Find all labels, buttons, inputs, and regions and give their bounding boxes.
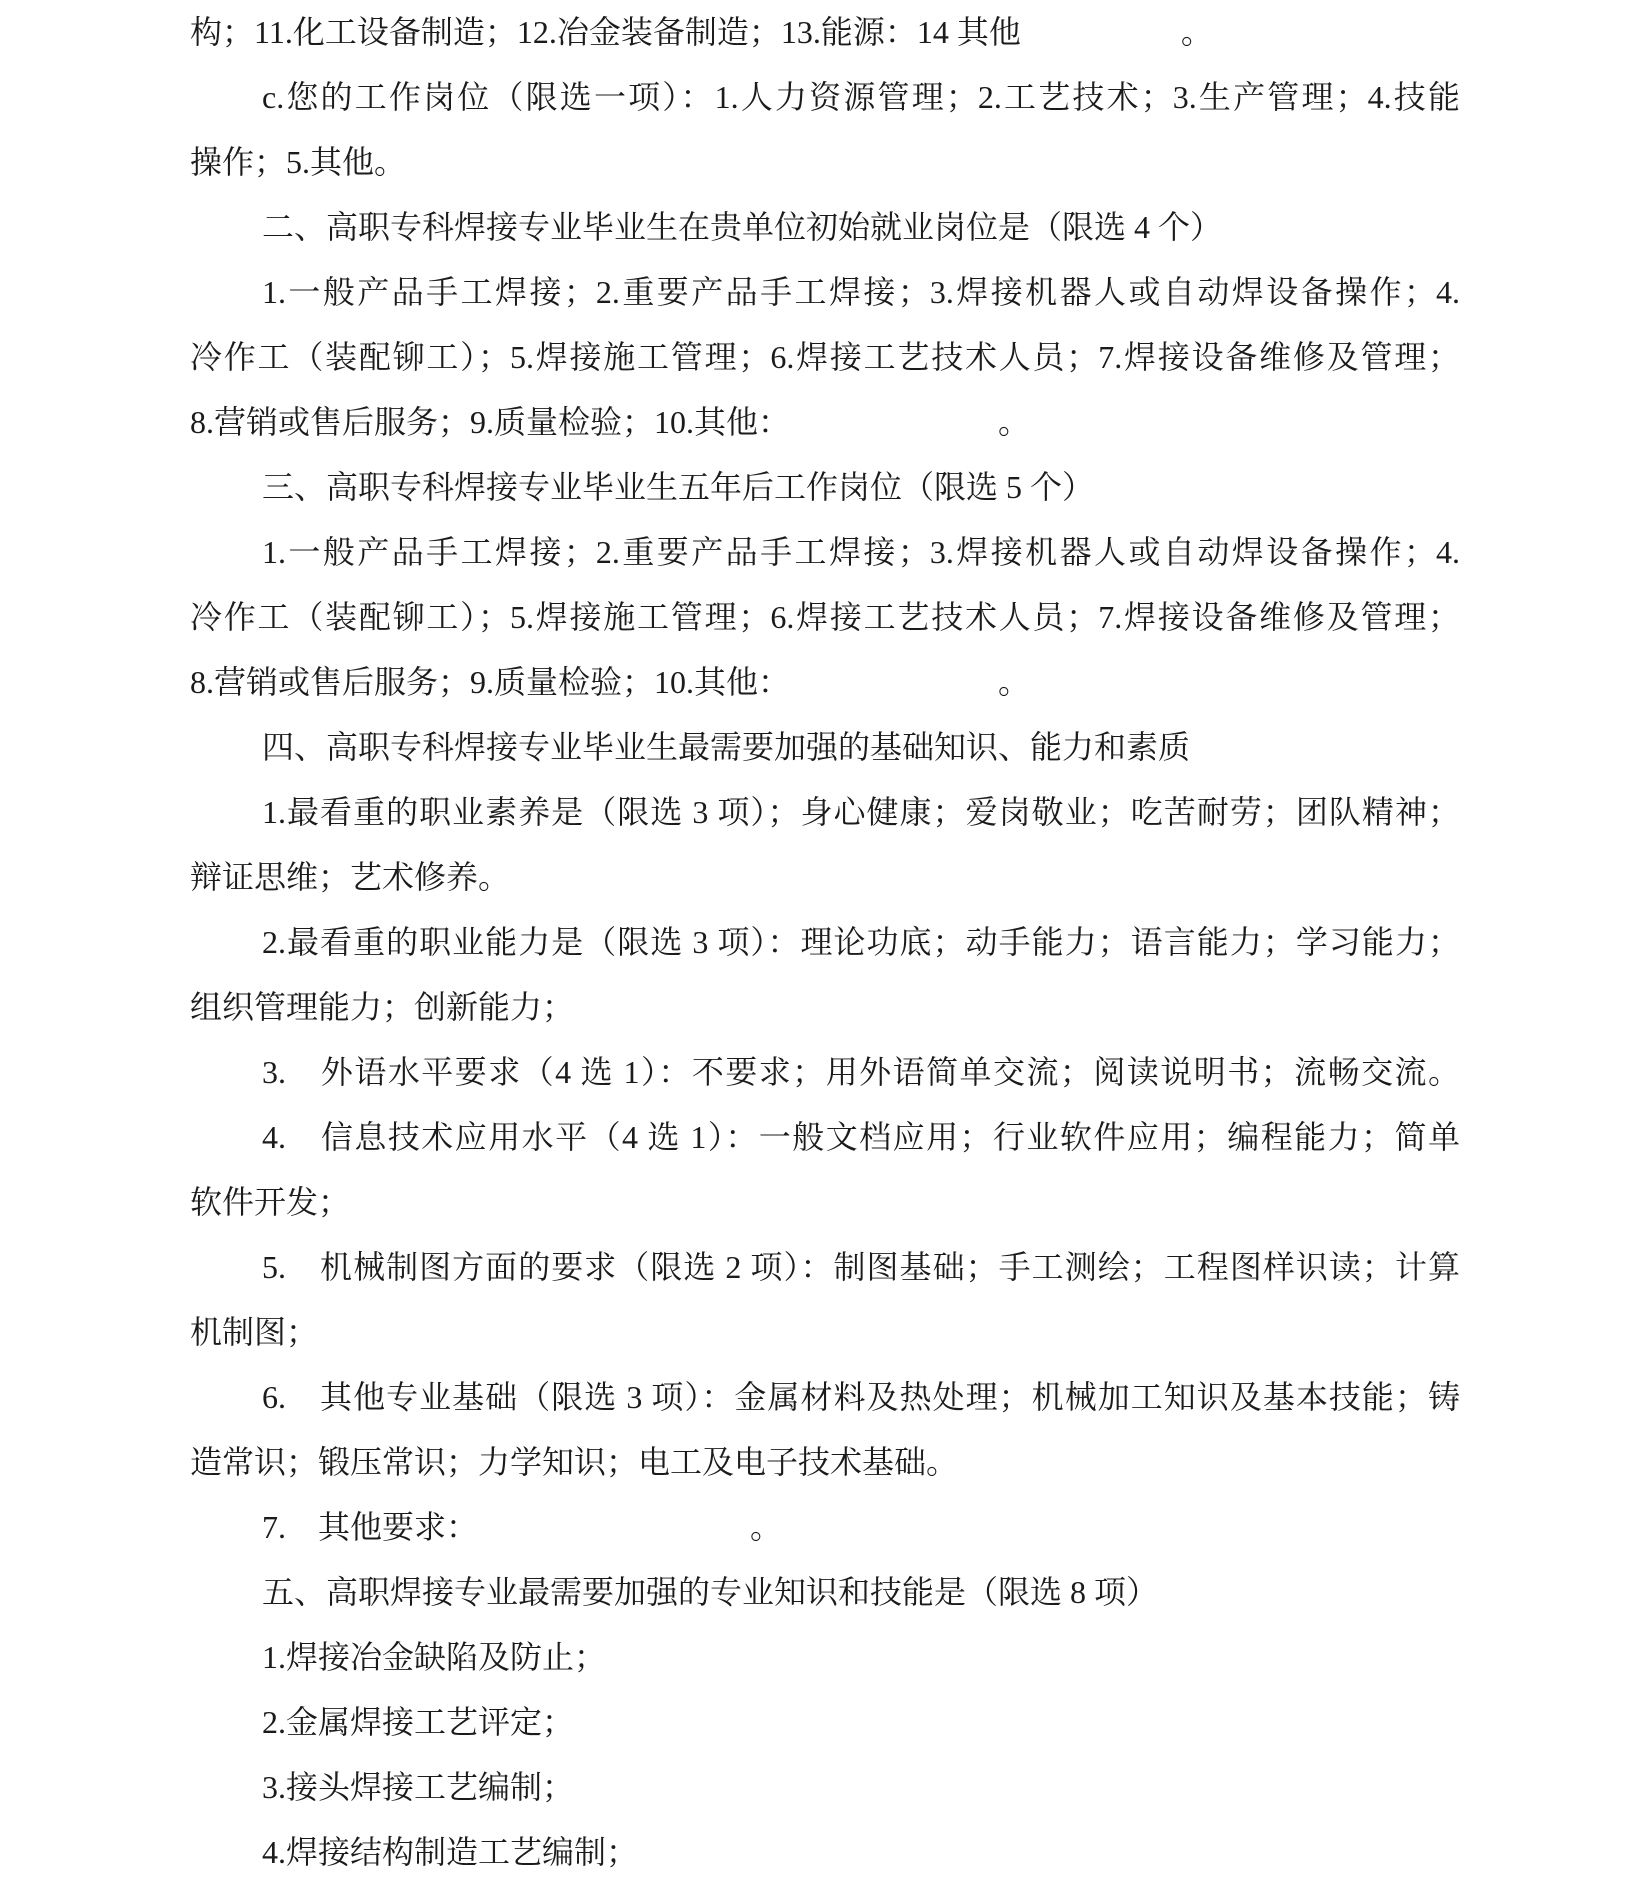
text-line-13: 1.最看重的职业素养是（限选 3 项）；身心健康；爱岗敬业；吃苦耐劳；团队精神； — [190, 780, 1460, 845]
text-line-20: 5. 机械制图方面的要求（限选 2 项）：制图基础；手工测绘；工程图样识读；计算 — [190, 1235, 1460, 1300]
text-line-7: 8.营销或售后服务；9.质量检验；10.其他： 。 — [190, 390, 1460, 455]
text-line-3: 操作；5.其他。 — [190, 130, 1460, 195]
text-line-25: 五、高职焊接专业最需要加强的专业知识和技能是（限选 8 项） — [190, 1560, 1460, 1625]
text-line-10: 冷作工（装配铆工）；5.焊接施工管理；6.焊接工艺技术人员；7.焊接设备维修及管… — [190, 585, 1460, 650]
text-line-17: 3. 外语水平要求（4 选 1）：不要求；用外语简单交流；阅读说明书；流畅交流。 — [190, 1040, 1460, 1105]
text-line-2: c.您的工作岗位（限选一项）：1.人力资源管理；2.工艺技术；3.生产管理；4.… — [190, 65, 1460, 130]
text-line-22: 6. 其他专业基础（限选 3 项）：金属材料及热处理；机械加工知识及基本技能；铸 — [190, 1365, 1460, 1430]
text-line-1: 构；11.化工设备制造；12.冶金装备制造；13.能源：14 其他 。 — [190, 0, 1460, 65]
document-text-block: 构；11.化工设备制造；12.冶金装备制造；13.能源：14 其他 。c.您的工… — [190, 0, 1460, 1896]
text-line-14: 辩证思维；艺术修养。 — [190, 845, 1460, 910]
text-line-28: 3.接头焊接工艺编制； — [190, 1755, 1460, 1820]
text-line-19: 软件开发； — [190, 1170, 1460, 1235]
text-line-8: 三、高职专科焊接专业毕业生五年后工作岗位（限选 5 个） — [190, 455, 1460, 520]
text-line-5: 1.一般产品手工焊接；2.重要产品手工焊接；3.焊接机器人或自动焊设备操作；4. — [190, 260, 1460, 325]
text-line-6: 冷作工（装配铆工）；5.焊接施工管理；6.焊接工艺技术人员；7.焊接设备维修及管… — [190, 325, 1460, 390]
text-line-24: 7. 其他要求： 。 — [190, 1495, 1460, 1560]
text-line-11: 8.营销或售后服务；9.质量检验；10.其他： 。 — [190, 650, 1460, 715]
text-line-23: 造常识；锻压常识；力学知识；电工及电子技术基础。 — [190, 1430, 1460, 1495]
document-page: 构；11.化工设备制造；12.冶金装备制造；13.能源：14 其他 。c.您的工… — [0, 0, 1648, 1896]
text-line-16: 组织管理能力；创新能力； — [190, 975, 1460, 1040]
text-line-4: 二、高职专科焊接专业毕业生在贵单位初始就业岗位是（限选 4 个） — [190, 195, 1460, 260]
text-line-15: 2.最看重的职业能力是（限选 3 项）：理论功底；动手能力；语言能力；学习能力； — [190, 910, 1460, 975]
text-line-27: 2.金属焊接工艺评定； — [190, 1690, 1460, 1755]
text-line-12: 四、高职专科焊接专业毕业生最需要加强的基础知识、能力和素质 — [190, 715, 1460, 780]
text-line-18: 4. 信息技术应用水平（4 选 1）：一般文档应用；行业软件应用；编程能力；简单 — [190, 1105, 1460, 1170]
text-line-26: 1.焊接冶金缺陷及防止； — [190, 1625, 1460, 1690]
text-line-29: 4.焊接结构制造工艺编制； — [190, 1820, 1460, 1885]
text-line-9: 1.一般产品手工焊接；2.重要产品手工焊接；3.焊接机器人或自动焊设备操作；4. — [190, 520, 1460, 585]
text-line-21: 机制图； — [190, 1300, 1460, 1365]
